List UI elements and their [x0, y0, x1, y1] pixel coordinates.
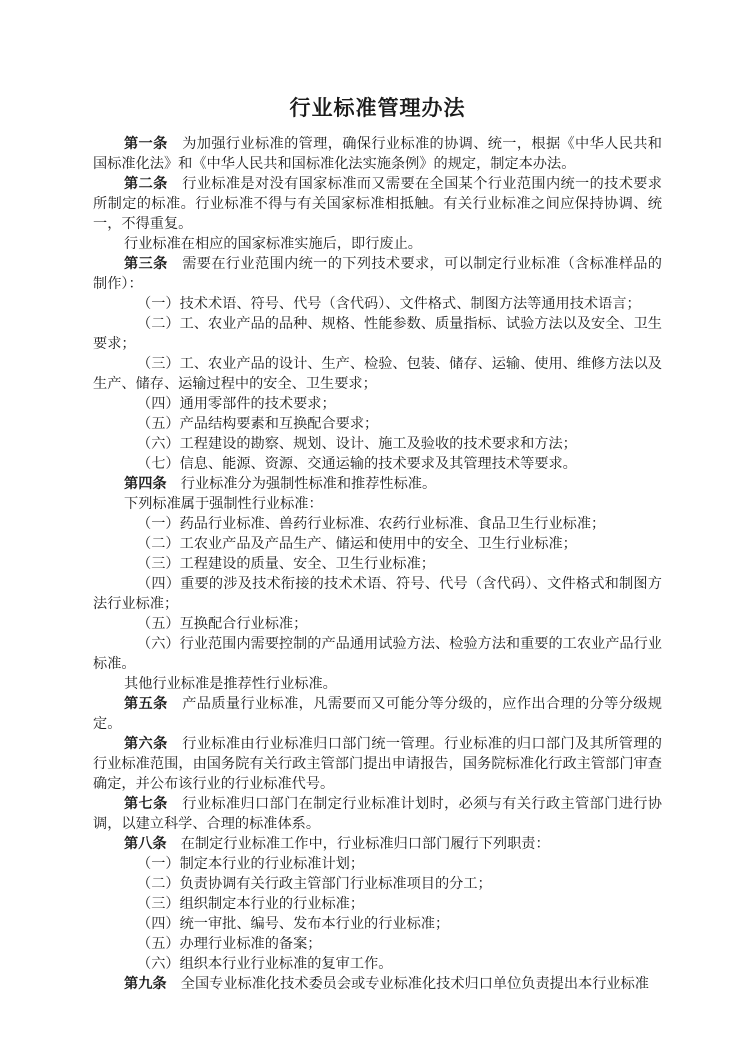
list-item: （七）信息、能源、资源、交通运输的技术要求及其管理技术等要求。 [93, 454, 662, 474]
list-item: （六）组织本行业行业标准的复审工作。 [93, 954, 662, 974]
list-item: （二）工农业产品及产品生产、储运和使用中的安全、卫生行业标准； [93, 534, 662, 554]
paragraph: 第五条 产品质量行业标准，凡需要而又可能分等分级的，应作出合理的分等分级规定。 [93, 694, 662, 734]
document-page: 行业标准管理办法 第一条 为加强行业标准的管理，确保行业标准的协调、统一，根据《… [0, 0, 750, 1060]
list-item: （五）产品结构要素和互换配合要求； [93, 414, 662, 434]
article-label: 第八条 [124, 836, 167, 852]
paragraph: 第九条 全国专业标准化技术委员会或专业标准化技术归口单位负责提出本行业标准 [93, 974, 662, 994]
list-item: （一）制定本行业的行业标准计划； [93, 854, 662, 874]
paragraph: 第二条 行业标准是对没有国家标准而又需要在全国某个行业范围内统一的技术要求所制定… [93, 174, 662, 234]
paragraph: 第七条 行业标准归口部门在制定行业标准计划时，必须与有关行政主管部门进行协调，以… [93, 794, 662, 834]
list-item: （三）工程建设的质量、安全、卫生行业标准； [93, 554, 662, 574]
paragraph: 第八条 在制定行业标准工作中，行业标准归口部门履行下列职责： [93, 834, 662, 854]
article-label: 第六条 [124, 736, 168, 752]
paragraph: 第三条 需要在行业范围内统一的下列技术要求，可以制定行业标准（含标准样品的制作）… [93, 254, 662, 294]
list-item: （四）统一审批、编号、发布本行业的行业标准； [93, 914, 662, 934]
list-item: （三）组织制定本行业的行业标准； [93, 894, 662, 914]
document-content: 行业标准管理办法 第一条 为加强行业标准的管理，确保行业标准的协调、统一，根据《… [0, 0, 750, 994]
list-item: （四）重要的涉及技术衔接的技术术语、符号、代号（含代码）、文件格式和制图方法行业… [93, 574, 662, 614]
list-item: （五）办理行业标准的备案； [93, 934, 662, 954]
list-item: （二）负责协调有关行政主管部门行业标准项目的分工； [93, 874, 662, 894]
list-item: （五）互换配合行业标准； [93, 614, 662, 634]
list-item: （三）工、农业产品的设计、生产、检验、包装、储存、运输、使用、维修方法以及生产、… [93, 354, 662, 394]
paragraph: 其他行业标准是推荐性行业标准。 [93, 674, 662, 694]
paragraph: 第六条 行业标准由行业标准归口部门统一管理。行业标准的归口部门及其所管理的行业标… [93, 734, 662, 794]
list-item: （六）工程建设的勘察、规划、设计、施工及验收的技术要求和方法； [93, 434, 662, 454]
article-label: 第五条 [124, 696, 168, 712]
article-label: 第九条 [124, 976, 167, 992]
article-label: 第四条 [124, 476, 167, 492]
list-item: （六）行业范围内需要控制的产品通用试验方法、检验方法和重要的工农业产品行业标准。 [93, 634, 662, 674]
list-item: （二）工、农业产品的品种、规格、性能参数、质量指标、试验方法以及安全、卫生要求； [93, 314, 662, 354]
paragraph: 第一条 为加强行业标准的管理，确保行业标准的协调、统一，根据《中华人民共和国标准… [93, 134, 662, 174]
article-label: 第七条 [124, 796, 168, 812]
document-body: 第一条 为加强行业标准的管理，确保行业标准的协调、统一，根据《中华人民共和国标准… [93, 134, 662, 994]
article-label: 第二条 [124, 176, 168, 192]
paragraph: 行业标准在相应的国家标准实施后，即行废止。 [93, 234, 662, 254]
article-label: 第三条 [124, 256, 168, 272]
paragraph: 第四条 行业标准分为强制性标准和推荐性标准。 [93, 474, 662, 494]
list-item: （四）通用零部件的技术要求； [93, 394, 662, 414]
list-item: （一）药品行业标准、兽药行业标准、农药行业标准、食品卫生行业标准； [93, 514, 662, 534]
list-item: （一）技术术语、符号、代号（含代码）、文件格式、制图方法等通用技术语言； [93, 294, 662, 314]
document-title: 行业标准管理办法 [93, 96, 662, 122]
article-label: 第一条 [124, 136, 168, 152]
paragraph: 下列标准属于强制性行业标准： [93, 494, 662, 514]
